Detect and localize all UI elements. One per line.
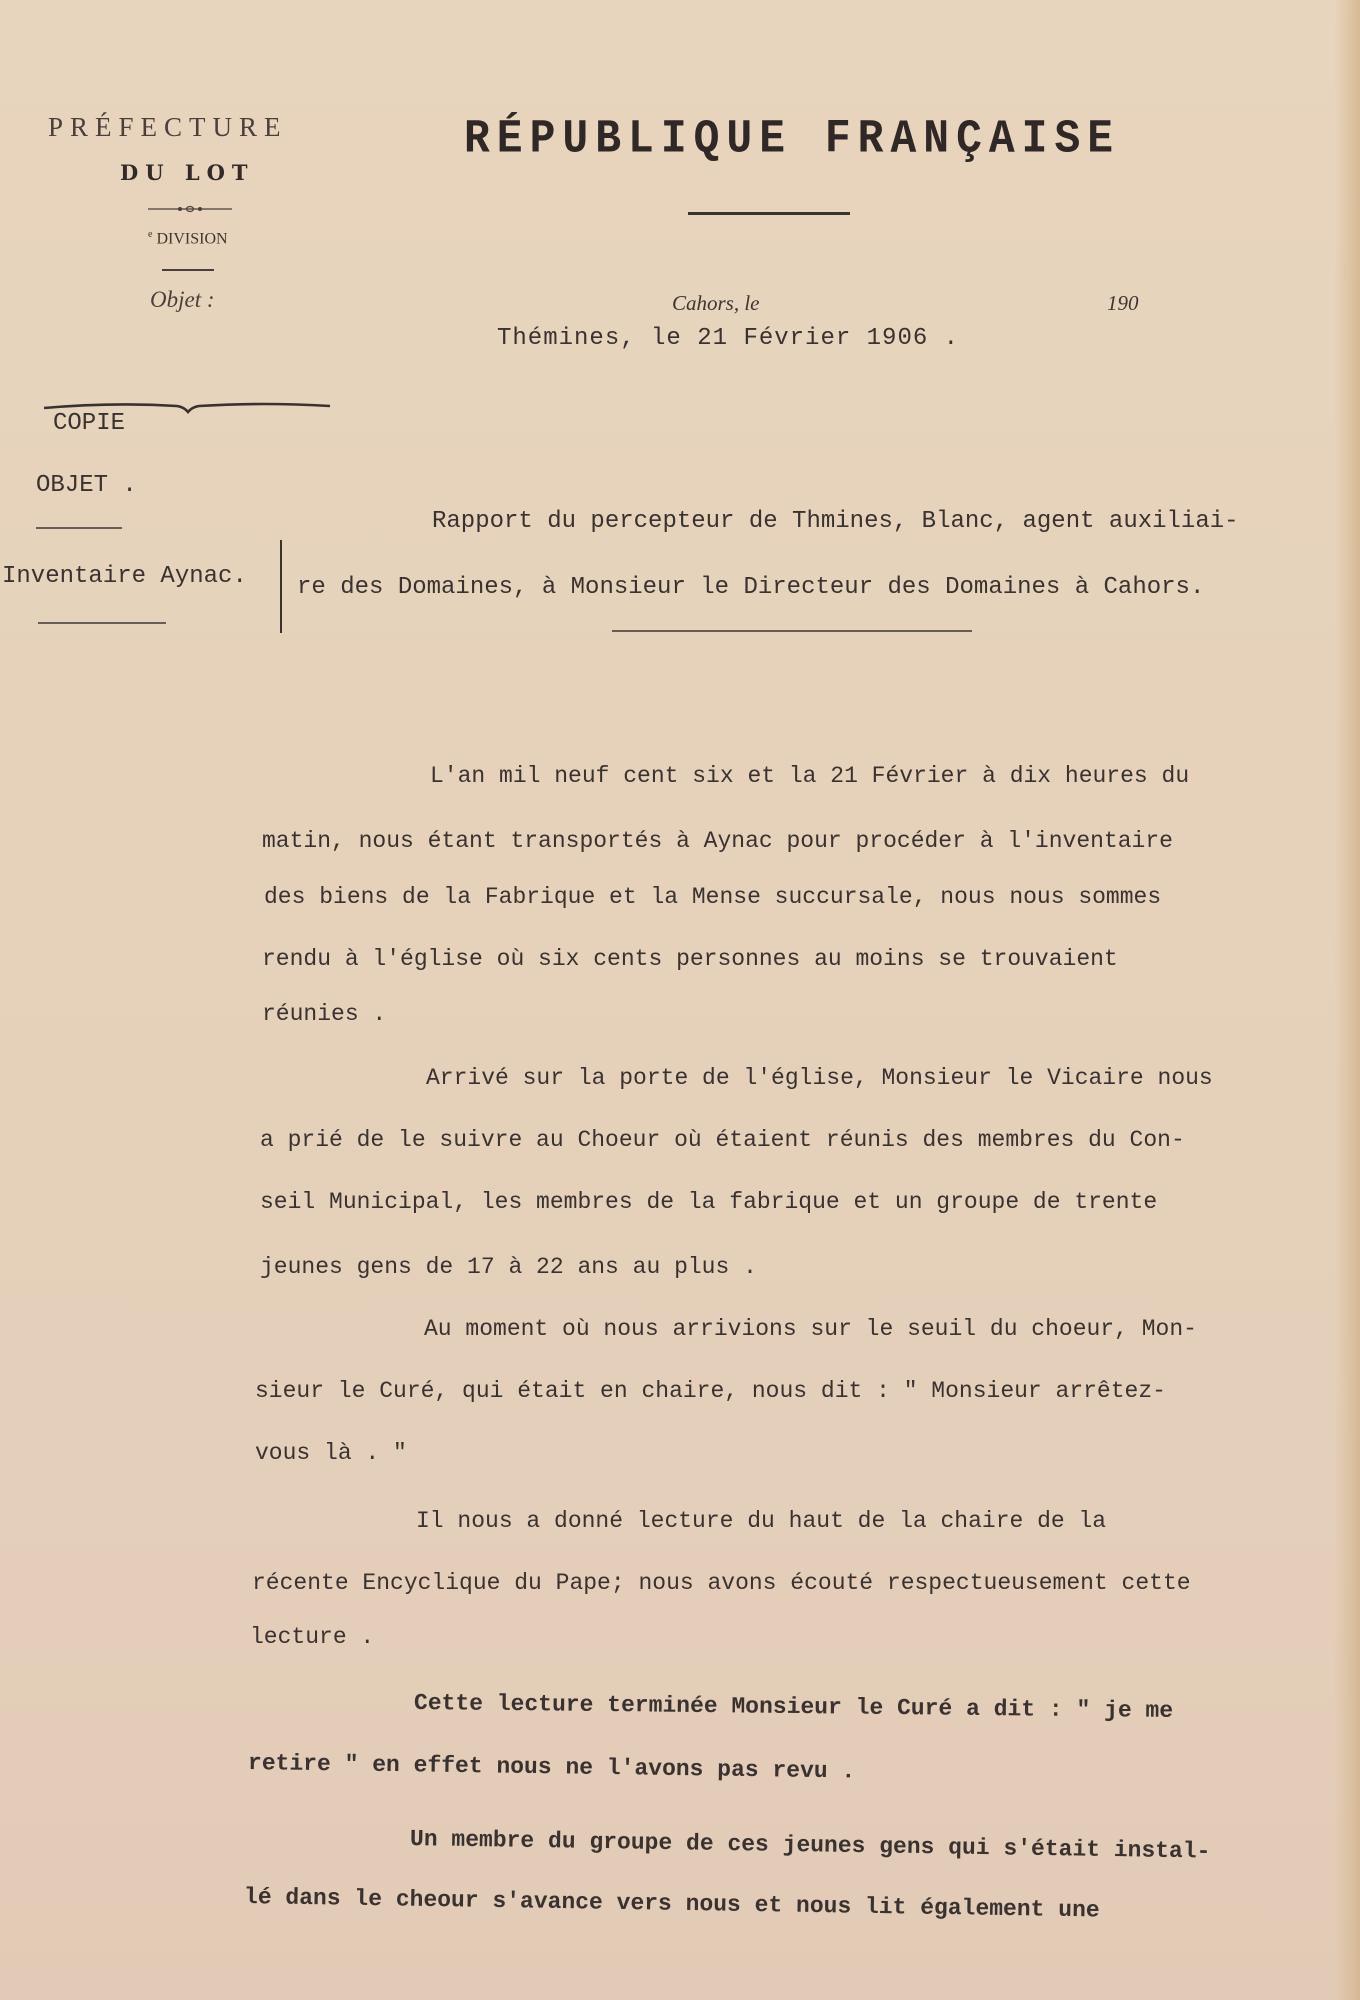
body-line: retire " en effet nous ne l'avons pas re…	[248, 1750, 856, 1784]
divider	[36, 527, 122, 529]
prefecture-heading: PRÉFECTURE	[48, 112, 288, 143]
objet-typed-label: OBJET .	[36, 472, 137, 499]
body-line: Arrivé sur la porte de l'église, Monsieu…	[426, 1065, 1213, 1091]
body-line: vous là . "	[255, 1440, 407, 1466]
body-line: des biens de la Fabrique et la Mense suc…	[264, 884, 1161, 910]
body-line: lecture .	[250, 1624, 374, 1650]
ornament-divider-icon	[148, 205, 232, 213]
margin-subject: Inventaire Aynac.	[2, 563, 247, 590]
body-line: matin, nous étant transportés à Aynac po…	[262, 828, 1173, 854]
division-text: DIVISION	[156, 230, 227, 247]
body-line: seil Municipal, les membres de la fabriq…	[260, 1189, 1157, 1215]
body-line: L'an mil neuf cent six et la 21 Février …	[430, 763, 1189, 789]
objet-printed-label: Objet :	[150, 287, 215, 313]
body-line: Il nous a donné lecture du haut de la ch…	[416, 1508, 1106, 1534]
heading-rule	[688, 212, 850, 215]
division-label: eDIVISION	[148, 229, 228, 248]
paper-edge	[1334, 0, 1360, 2000]
body-line: a prié de le suivre au Choeur où étaient…	[260, 1127, 1185, 1153]
date-line: Thémines, le 21 Février 1906 .	[497, 325, 959, 352]
divider	[162, 269, 214, 271]
body-line: jeunes gens de 17 à 22 ans au plus .	[260, 1254, 757, 1280]
body-line: Cette lecture terminée Monsieur le Curé …	[414, 1690, 1173, 1724]
subject-line-1: Rapport du percepteur de Thmines, Blanc,…	[432, 508, 1239, 535]
republic-heading: RÉPUBLIQUE FRANÇAISE	[464, 112, 1120, 166]
body-line: réunies .	[262, 1001, 386, 1027]
body-line: rendu à l'église où six cents personnes …	[262, 946, 1118, 972]
copy-label: COPIE	[53, 410, 125, 437]
body-line: Un membre du groupe de ces jeunes gens q…	[410, 1826, 1211, 1865]
body-line: Au moment où nous arrivions sur le seuil…	[424, 1316, 1197, 1342]
subject-rule	[612, 630, 972, 632]
division-superscript: e	[148, 229, 152, 240]
printed-place: Cahors, le	[672, 291, 760, 316]
body-line: lé dans le cheour s'avance vers nous et …	[244, 1884, 1100, 1923]
divider	[38, 622, 166, 624]
printed-year-prefix: 190	[1107, 291, 1139, 316]
body-line: récente Encyclique du Pape; nous avons é…	[252, 1570, 1191, 1596]
department-heading: DU LOT	[120, 160, 255, 185]
margin-vertical-rule	[280, 540, 282, 633]
body-line: sieur le Curé, qui était en chaire, nous…	[255, 1378, 1166, 1404]
subject-line-2: re des Domaines, à Monsieur le Directeur…	[297, 574, 1204, 601]
